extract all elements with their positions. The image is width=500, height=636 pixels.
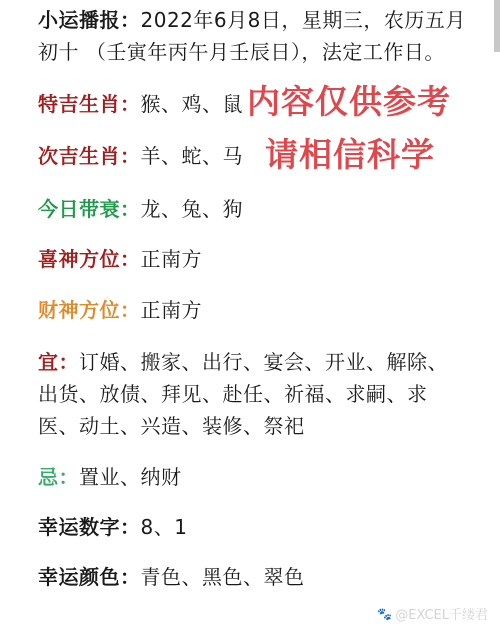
overlay-science: 请相信科学 [265, 135, 435, 175]
yi-line-1: 宜：订婚、搬家、出行、宴会、开业、解除、 [38, 350, 448, 374]
item-te-ji: 特吉生肖：猴、鸡、鼠 [38, 92, 243, 116]
watermark: 🐾 @EXCEL千缕君 [377, 604, 488, 623]
yi-line-3: 医、动土、兴造、装修、祭祀 [38, 414, 305, 438]
item-cai-shen: 财神方位：正南方 [38, 298, 202, 322]
item-value: 龙、兔、狗 [141, 197, 244, 221]
item-label: 财神方位： [38, 298, 141, 322]
item-value: 正南方 [141, 298, 203, 322]
item-value: 羊、蛇、马 [141, 144, 244, 168]
item-ci-ji: 次吉生肖：羊、蛇、马 [38, 144, 243, 168]
overlay-disclaimer: 内容仅供参考 [247, 82, 451, 122]
item-xi-shen: 喜神方位：正南方 [38, 247, 202, 271]
item-dai-shuai: 今日带衰：龙、兔、狗 [38, 197, 243, 221]
yi-text-3: 医、动土、兴造、装修、祭祀 [38, 414, 305, 438]
watermark-text: @EXCEL千缕君 [395, 604, 488, 623]
yi-text-1: 订婚、搬家、出行、宴会、开业、解除、 [79, 350, 448, 374]
header-line-2: 初十 （壬寅年丙午月壬辰日），法定工作日。 [38, 40, 445, 64]
lucky-number-row: 幸运数字：8、1 [38, 515, 187, 539]
ji-row: 忌：置业、纳财 [38, 465, 182, 489]
lucky-color-label: 幸运颜色： [38, 565, 141, 589]
item-label: 今日带衰： [38, 197, 141, 221]
yi-label: 宜： [38, 350, 79, 374]
lucky-number-label: 幸运数字： [38, 515, 141, 539]
header-line-1: 小运播报：2022年6月8日，星期三，农历五月 [38, 8, 466, 32]
ji-value: 置业、纳财 [79, 465, 182, 489]
header-text-1: 2022年6月8日，星期三，农历五月 [141, 8, 466, 32]
lucky-color-row: 幸运颜色：青色、黑色、翠色 [38, 565, 305, 589]
yi-text-2: 出货、放债、拜见、赴任、祈福、求嗣、求 [38, 382, 428, 406]
item-label: 喜神方位： [38, 247, 141, 271]
item-value: 猴、鸡、鼠 [141, 92, 244, 116]
item-value: 正南方 [141, 247, 203, 271]
header-text-2: 初十 （壬寅年丙午月壬辰日），法定工作日。 [38, 40, 445, 64]
yi-line-2: 出货、放债、拜见、赴任、祈福、求嗣、求 [38, 382, 428, 406]
item-label: 特吉生肖： [38, 92, 141, 116]
item-label: 次吉生肖： [38, 144, 141, 168]
paw-icon: 🐾 [377, 607, 392, 621]
lucky-color-value: 青色、黑色、翠色 [141, 565, 305, 589]
ji-label: 忌： [38, 465, 79, 489]
scrollbar[interactable] [494, 0, 500, 52]
header-label: 小运播报： [38, 8, 141, 32]
lucky-number-value: 8、1 [141, 515, 188, 539]
